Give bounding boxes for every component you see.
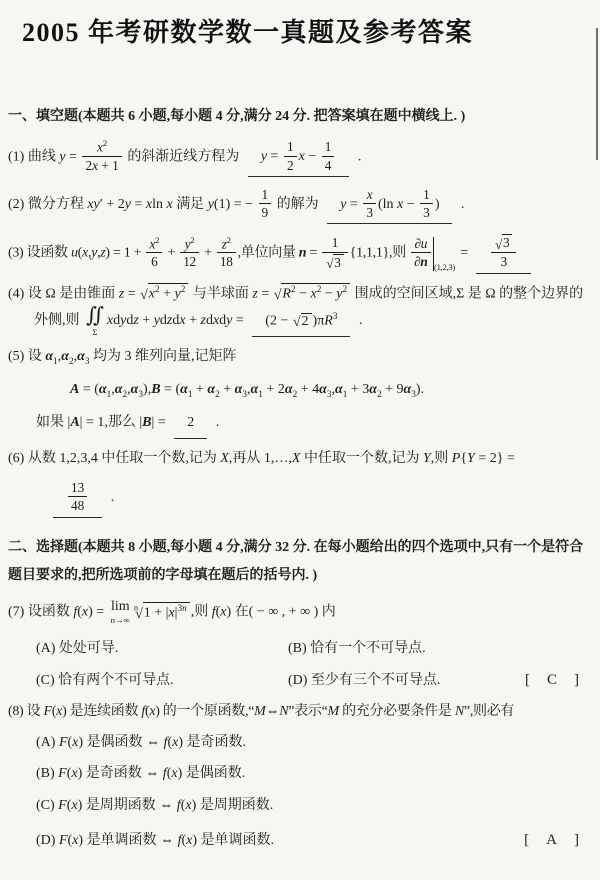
question-8-option-d-row: (D) F(x) 是单调函数 ⇔ f(x) 是单调函数. [ A ] bbox=[8, 829, 592, 849]
fraction: 19 bbox=[259, 187, 272, 221]
q7-option-d: (D) 至少有三个不可导点. bbox=[288, 669, 440, 689]
q8-option-a: (A) F(x) 是偶函数 ⇔ f(x) 是奇函数. bbox=[36, 732, 592, 754]
question-8: (8) 设 F(x) 是连续函数 f(x) 的一个原函数,“M⇔N”表示“M 的… bbox=[8, 701, 592, 723]
fraction: √33 bbox=[491, 234, 516, 269]
q8-option-b: (B) F(x) 是奇函数 ⇔ f(x) 是偶函数. bbox=[36, 763, 592, 785]
question-5-conclusion: 如果 |A| = 1,那么 |B| = 2 . bbox=[36, 411, 592, 438]
scan-artifact-line bbox=[596, 28, 598, 160]
answer-blank: √33 bbox=[476, 233, 531, 273]
question-6-answer: 1348 . bbox=[48, 479, 592, 518]
radical: √2 bbox=[293, 313, 312, 331]
q8-option-c: (C) F(x) 是周期函数 ⇔ f(x) 是周期函数. bbox=[36, 795, 592, 817]
answer-blank: y = x3(ln x − 13) bbox=[327, 186, 452, 225]
question-1: (1) 曲线 y = x22x + 1 的斜渐近线方程为 y = 12x − 1… bbox=[8, 138, 592, 177]
exam-page: 2005 年考研数学数一真题及参考答案 一、填空题(本题共 6 小题,每小题 4… bbox=[0, 0, 600, 880]
question-7: (7) 设函数 f(x) = limn→∞n√1 + |x|3n,则 f(x) … bbox=[8, 600, 592, 625]
question-6: (6) 从数 1,2,3,4 中任取一个数,记为 X,再从 1,…,X 中任取一… bbox=[8, 448, 592, 470]
fraction: y212 bbox=[180, 235, 199, 270]
question-5-matrix-equation: A = (α1,α2,α3),B = (α1 + α2 + α3,α1 + 2α… bbox=[70, 379, 592, 402]
answer-blank: 2 bbox=[174, 411, 207, 438]
operator-with-limits: ∬Σ bbox=[86, 305, 104, 337]
q7-option-a: (A) 处处可导. bbox=[36, 637, 288, 657]
fraction: 1√3 bbox=[322, 235, 347, 270]
answer-blank: 1348 bbox=[53, 479, 102, 518]
page-title: 2005 年考研数学数一真题及参考答案 bbox=[22, 12, 592, 49]
fraction: x26 bbox=[146, 235, 162, 270]
question-2: (2) 微分方程 xy′ + 2y = xln x 满足 y(1) = − 19… bbox=[8, 186, 592, 225]
evaluation-bar: (1,2,3) bbox=[433, 237, 456, 271]
radical: √3 bbox=[326, 254, 343, 271]
q8-option-d: (D) F(x) 是单调函数 ⇔ f(x) 是单调函数. bbox=[36, 829, 274, 849]
question-5: (5) 设 α1,α2,α3 均为 3 维列向量,记矩阵 bbox=[8, 346, 592, 369]
q7-option-b: (B) 恰有一个不可导点. bbox=[288, 637, 426, 657]
radical: n√1 + |x|3n bbox=[134, 602, 190, 622]
question-7-options-row1: (A) 处处可导. (B) 恰有一个不可导点. bbox=[8, 637, 592, 657]
fraction: x3 bbox=[363, 187, 376, 221]
answer-blank: (2 − √2)πR3 bbox=[252, 308, 350, 337]
fraction: 14 bbox=[322, 139, 335, 173]
section1-header: 一、填空题(本题共 6 小题,每小题 4 分,满分 24 分. 把答案填在题中横… bbox=[8, 105, 592, 129]
fraction: 12 bbox=[284, 139, 297, 173]
radical: √x2 + y2 bbox=[140, 283, 188, 303]
section2-header: 二、选择题(本题共 8 小题,每小题 4 分,满分 32 分. 在每小题给出的四… bbox=[8, 534, 592, 591]
question-7-options-row2: (C) 恰有两个不可导点. (D) 至少有三个不可导点. [ C ] bbox=[8, 669, 592, 689]
q7-answer: [ C ] bbox=[525, 672, 580, 689]
operator-with-limits: limn→∞ bbox=[111, 600, 130, 625]
fraction: 1348 bbox=[68, 480, 87, 514]
fraction: z218 bbox=[217, 235, 236, 270]
fraction: x22x + 1 bbox=[82, 138, 121, 173]
question-3: (3) 设函数 u(x,y,z) = 1 + x26 + y212 + z218… bbox=[8, 233, 592, 273]
fraction: ∂u∂n bbox=[411, 236, 430, 270]
q8-answer: [ A ] bbox=[524, 832, 580, 849]
radical: √3 bbox=[495, 234, 512, 251]
question-4: (4) 设 Ω 是由锥面 z = √x2 + y2 与半球面 z = √R2 −… bbox=[8, 283, 592, 338]
q7-option-c: (C) 恰有两个不可导点. bbox=[36, 669, 288, 689]
radical: √R2 − x2 − y2 bbox=[274, 283, 350, 303]
answer-blank: y = 12x − 14 bbox=[248, 138, 350, 177]
fraction: 13 bbox=[420, 187, 433, 221]
